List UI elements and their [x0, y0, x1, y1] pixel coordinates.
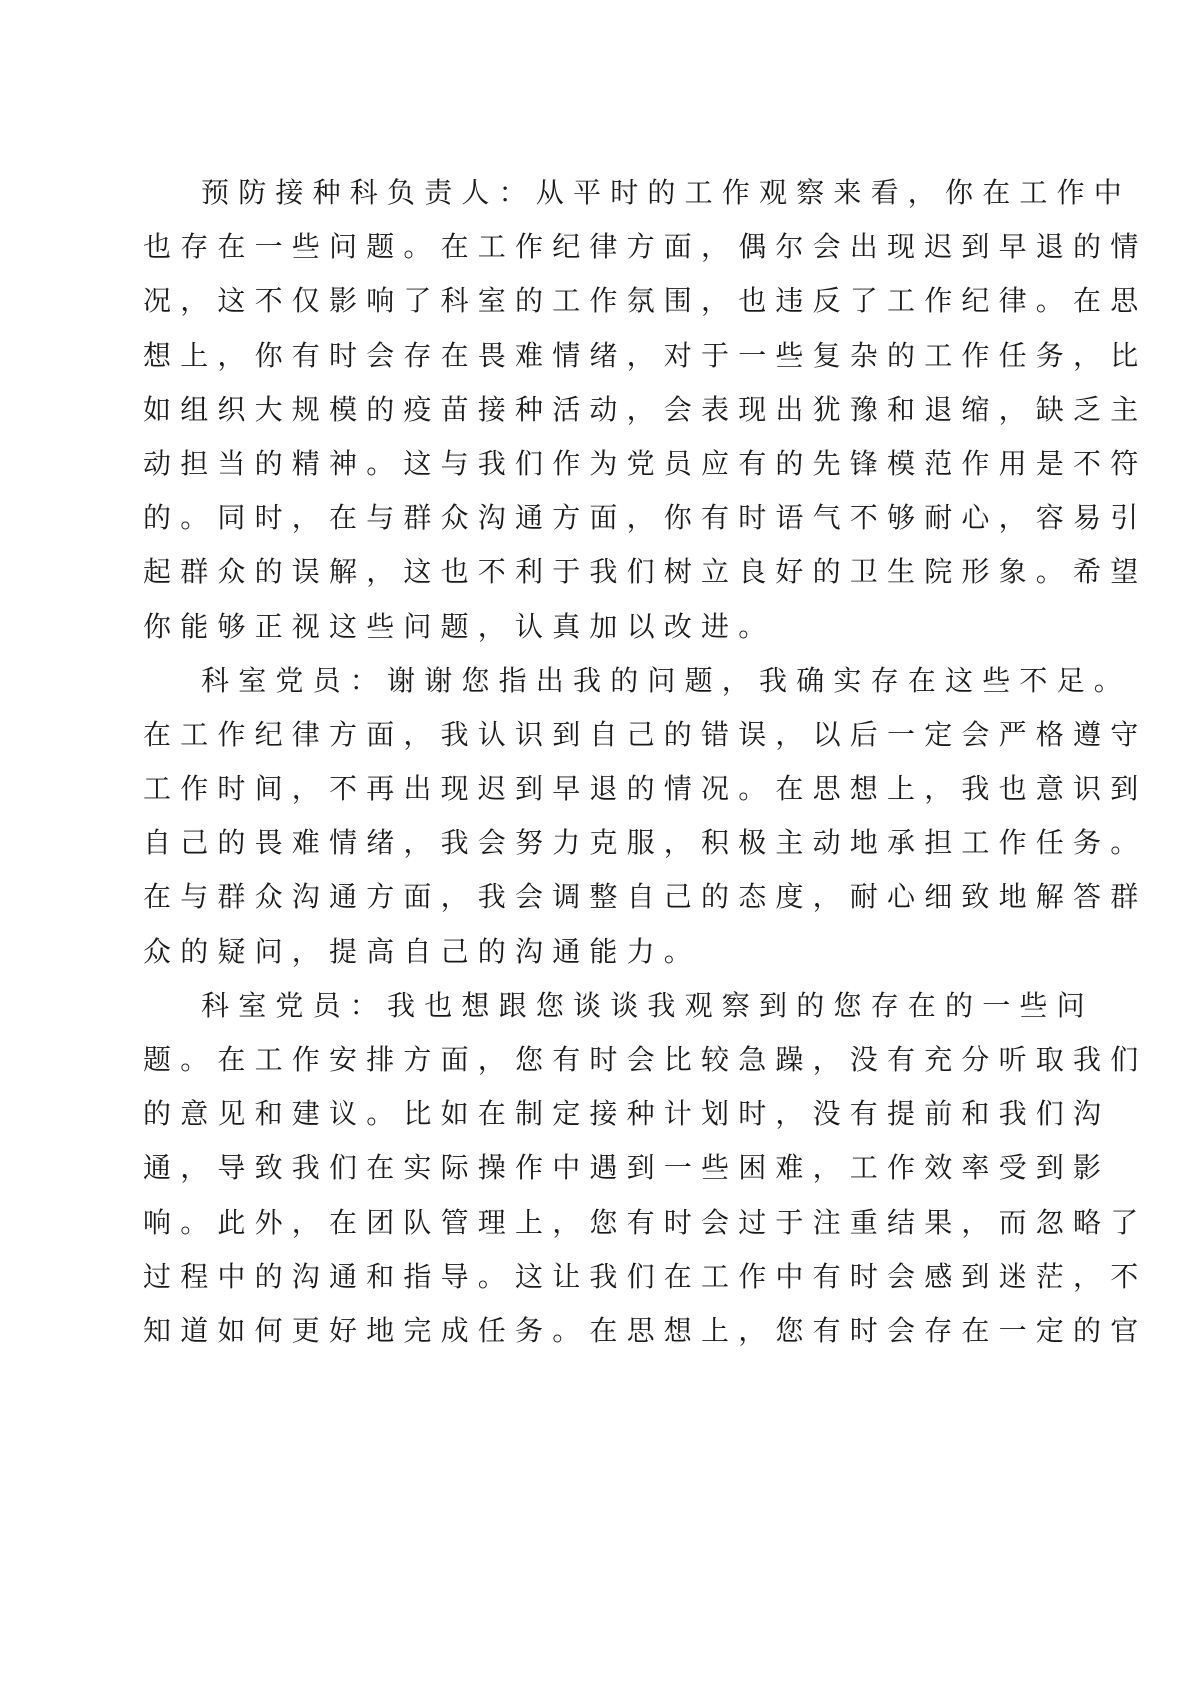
text-line: 题。在工作安排方面，您有时会比较急躁，没有充分听取我们	[143, 1033, 973, 1087]
text-line: 科室党员：谢谢您指出我的问题，我确实存在这些不足。	[143, 654, 973, 708]
text-line: 响。此外，在团队管理上，您有时会过于注重结果，而忽略了	[143, 1196, 973, 1250]
paragraph-supervisor-feedback: 预防接种科负责人：从平时的工作观察来看，你在工作中 也存在一些问题。在工作纪律方…	[143, 166, 973, 654]
text-line: 的。同时，在与群众沟通方面，你有时语气不够耐心，容易引	[143, 491, 973, 545]
text-line: 预防接种科负责人：从平时的工作观察来看，你在工作中	[143, 166, 973, 220]
text-line: 如组织大规模的疫苗接种活动，会表现出犹豫和退缩，缺乏主	[143, 383, 973, 437]
text-line: 通，导致我们在实际操作中遇到一些困难，工作效率受到影	[143, 1141, 973, 1195]
paragraph-member-feedback: 科室党员：我也想跟您谈谈我观察到的您存在的一些问 题。在工作安排方面，您有时会比…	[143, 979, 973, 1358]
text-line: 起群众的误解，这也不利于我们树立良好的卫生院形象。希望	[143, 545, 973, 599]
text-line: 想上，你有时会存在畏难情绪，对于一些复杂的工作任务，比	[143, 329, 973, 383]
text-line: 的意见和建议。比如在制定接种计划时，没有提前和我们沟	[143, 1087, 973, 1141]
text-line: 自己的畏难情绪，我会努力克服，积极主动地承担工作任务。	[143, 816, 973, 870]
text-line: 也存在一些问题。在工作纪律方面，偶尔会出现迟到早退的情	[143, 220, 973, 274]
text-line: 你能够正视这些问题，认真加以改进。	[143, 600, 973, 654]
text-line: 众的疑问，提高自己的沟通能力。	[143, 925, 973, 979]
document-page: 预防接种科负责人：从平时的工作观察来看，你在工作中 也存在一些问题。在工作纪律方…	[0, 0, 1190, 1683]
document-body: 预防接种科负责人：从平时的工作观察来看，你在工作中 也存在一些问题。在工作纪律方…	[143, 166, 973, 1358]
text-line: 过程中的沟通和指导。这让我们在工作中有时会感到迷茫，不	[143, 1250, 973, 1304]
text-line: 工作时间，不再出现迟到早退的情况。在思想上，我也意识到	[143, 762, 973, 816]
paragraph-member-response: 科室党员：谢谢您指出我的问题，我确实存在这些不足。 在工作纪律方面，我认识到自己…	[143, 654, 973, 979]
text-line: 动担当的精神。这与我们作为党员应有的先锋模范作用是不符	[143, 437, 973, 491]
text-line: 在与群众沟通方面，我会调整自己的态度，耐心细致地解答群	[143, 870, 973, 924]
text-line: 科室党员：我也想跟您谈谈我观察到的您存在的一些问	[143, 979, 973, 1033]
text-line: 在工作纪律方面，我认识到自己的错误，以后一定会严格遵守	[143, 708, 973, 762]
text-line: 况，这不仅影响了科室的工作氛围，也违反了工作纪律。在思	[143, 274, 973, 328]
text-line: 知道如何更好地完成任务。在思想上，您有时会存在一定的官	[143, 1304, 973, 1358]
